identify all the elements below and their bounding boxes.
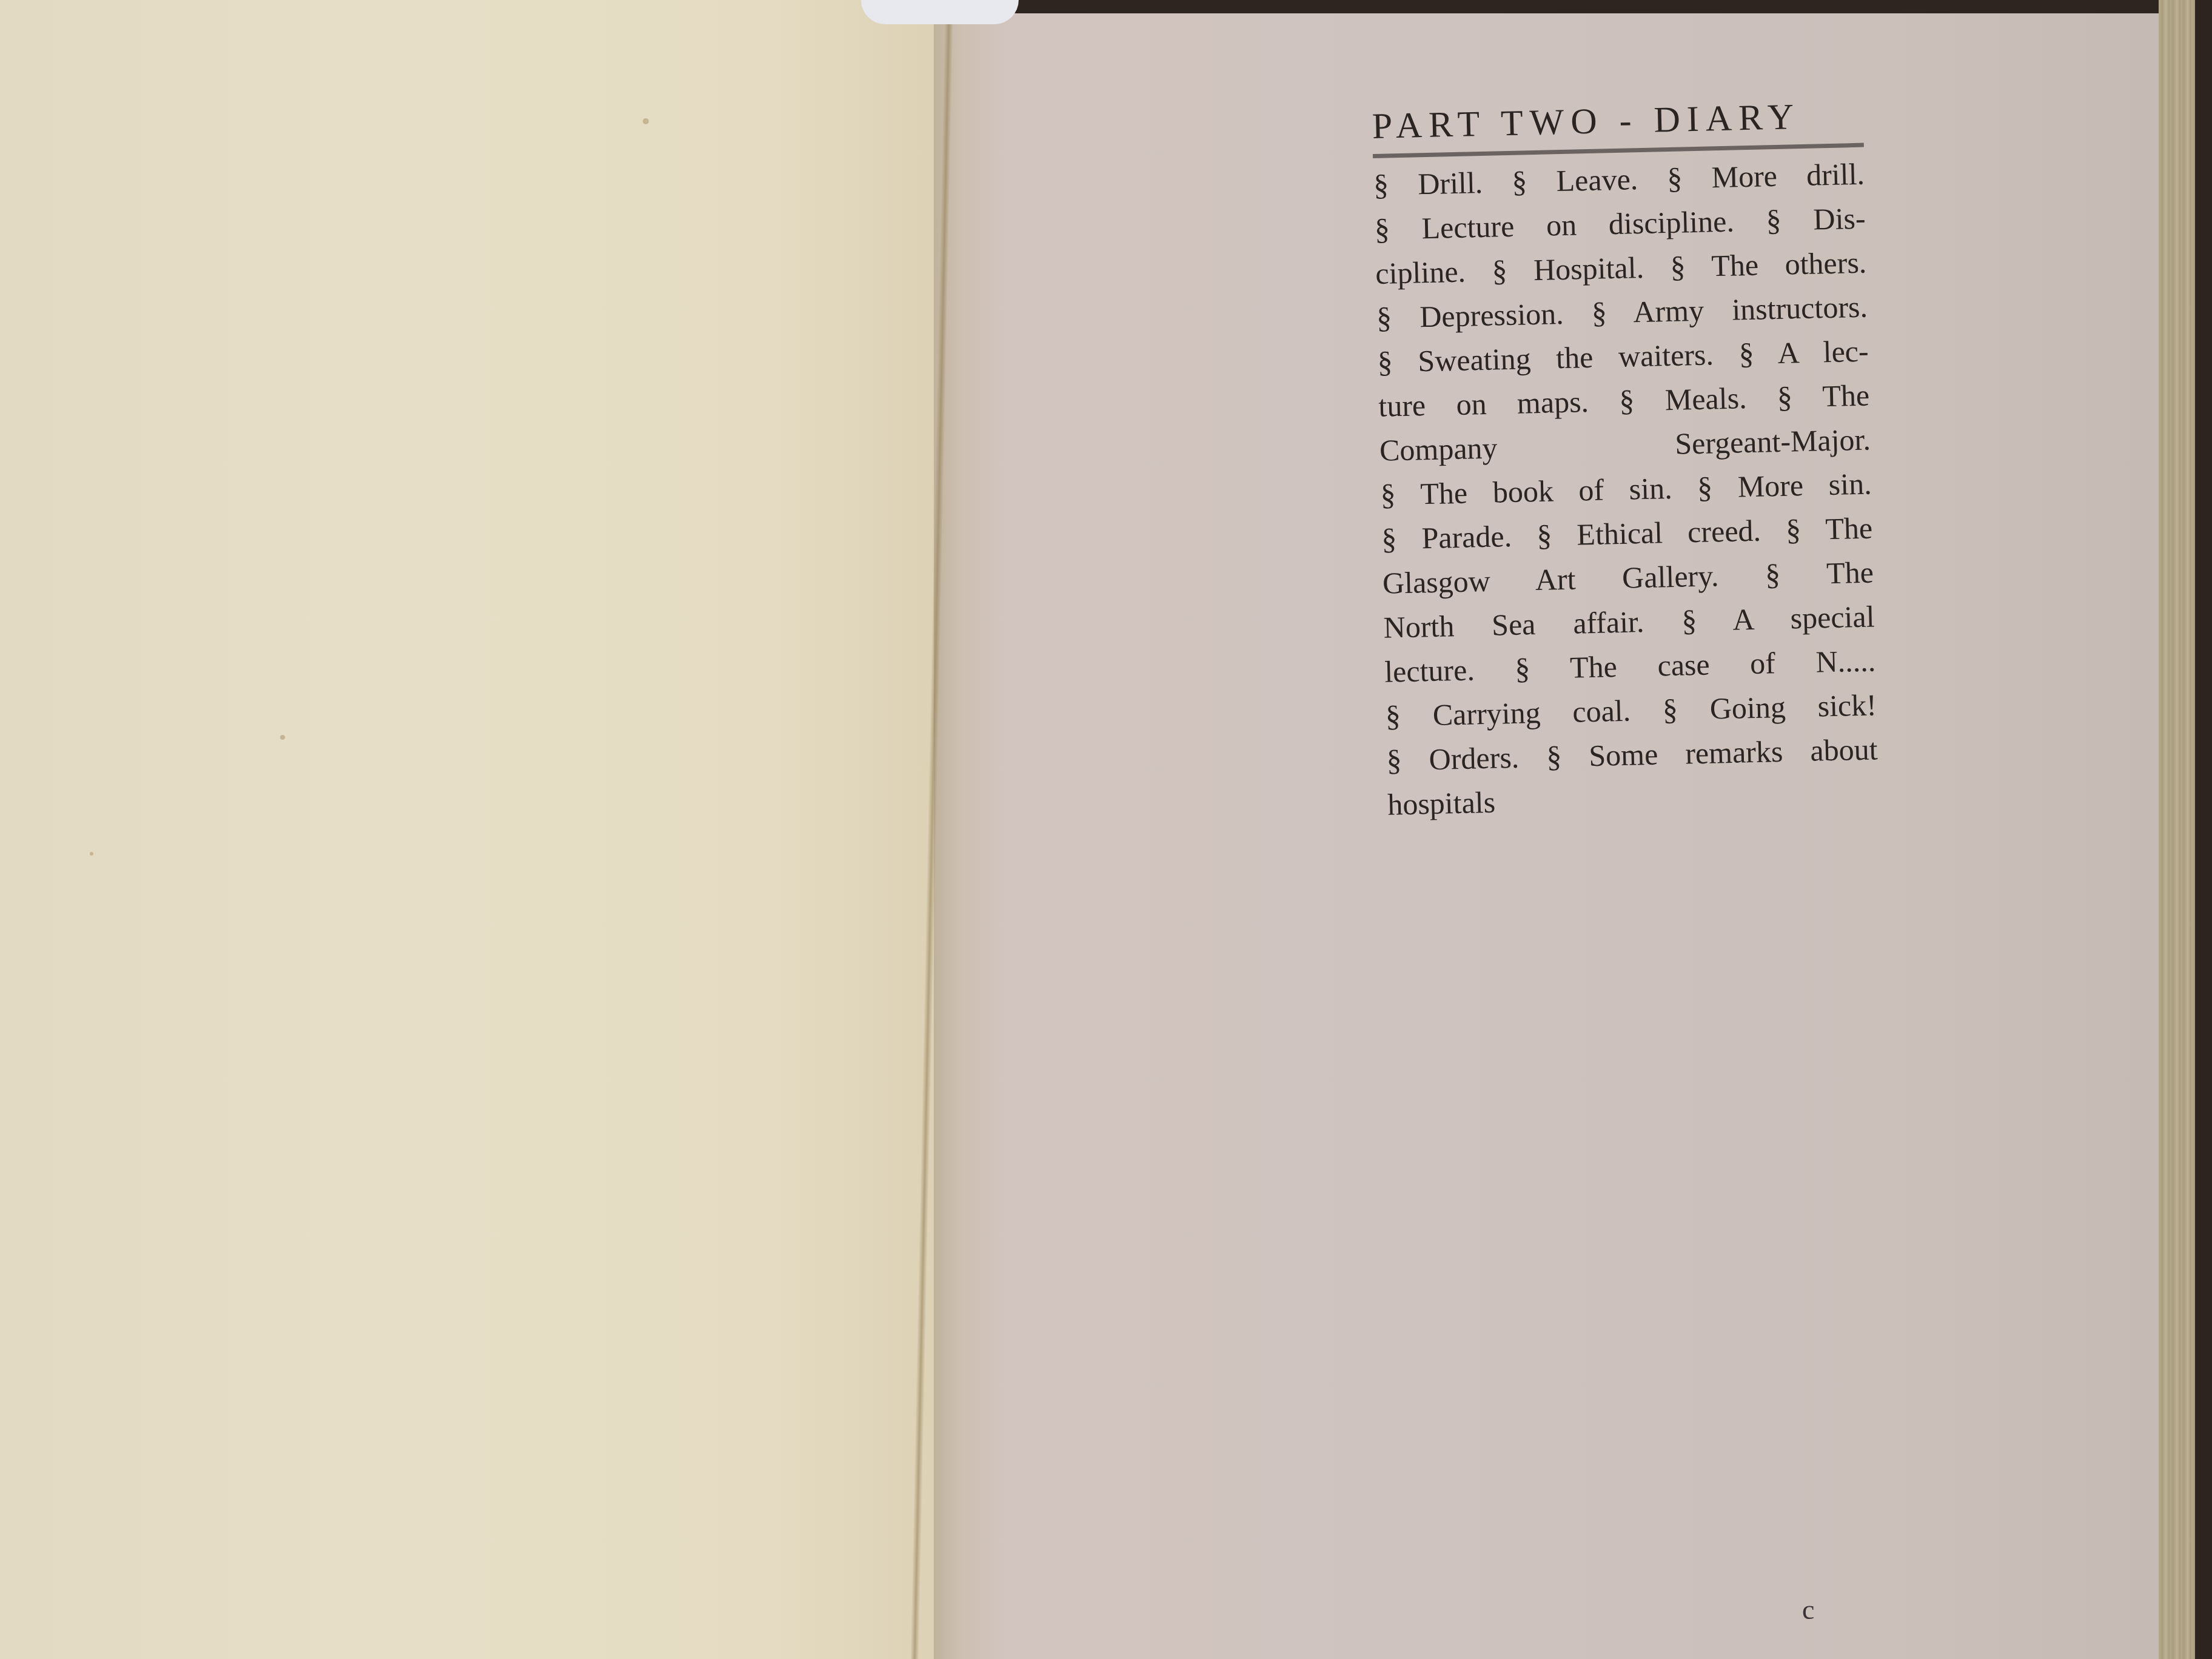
paper-speck bbox=[643, 118, 649, 124]
background-gap bbox=[861, 0, 1019, 24]
contents-block: PART TWO - DIARY § Drill. § Leave. § Mor… bbox=[1372, 91, 1879, 827]
paper-speck bbox=[90, 852, 93, 856]
left-page bbox=[0, 0, 970, 1659]
paper-speck bbox=[280, 735, 285, 740]
part-heading: PART TWO - DIARY bbox=[1372, 91, 1864, 150]
signature-mark: c bbox=[1802, 1594, 1814, 1626]
book-cover-edge bbox=[2195, 0, 2212, 1659]
page-edges bbox=[2159, 0, 2196, 1659]
section-list: § Drill. § Leave. § More drill. § Lectur… bbox=[1373, 152, 1879, 827]
